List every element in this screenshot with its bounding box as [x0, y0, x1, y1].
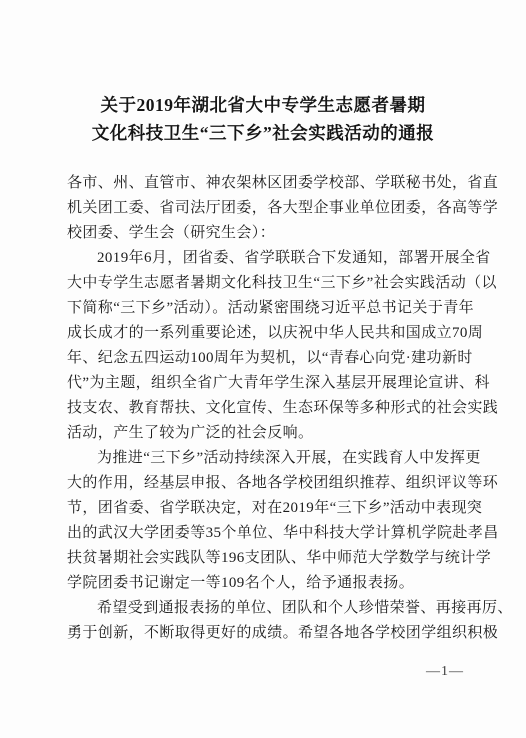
- document-title-line-2: 文化科技卫生“三下乡”社会实践活动的通报: [0, 119, 526, 147]
- salutation-paragraph: 各市、州、直管市、神农架林区团委学校部、学联秘书处，省直 机关团工委、省司法厅团…: [67, 171, 469, 246]
- document-title: 关于2019年湖北省大中专学生志愿者暑期 文化科技卫生“三下乡”社会实践活动的通…: [0, 91, 526, 147]
- document-page: 关于2019年湖北省大中专学生志愿者暑期 文化科技卫生“三下乡”社会实践活动的通…: [0, 0, 526, 738]
- body-paragraph-1: 2019年6月，团省委、省学联联合下发通知，部署开展全省 大中专学生志愿者暑期文…: [67, 246, 469, 446]
- body-paragraph-3: 希望受到通报表扬的单位、团队和个人珍惜荣誉、再接再厉、 勇于创新，不断取得更好的…: [67, 596, 469, 646]
- document-body: 各市、州、直管市、神农架林区团委学校部、学联秘书处，省直 机关团工委、省司法厅团…: [67, 171, 469, 646]
- body-paragraph-2: 为推进“三下乡”活动持续深入开展，在实践育人中发挥更 大的作用，经基层申报、各地…: [67, 446, 469, 596]
- document-title-line-1: 关于2019年湖北省大中专学生志愿者暑期: [0, 91, 526, 119]
- page-number: —1—: [426, 663, 464, 681]
